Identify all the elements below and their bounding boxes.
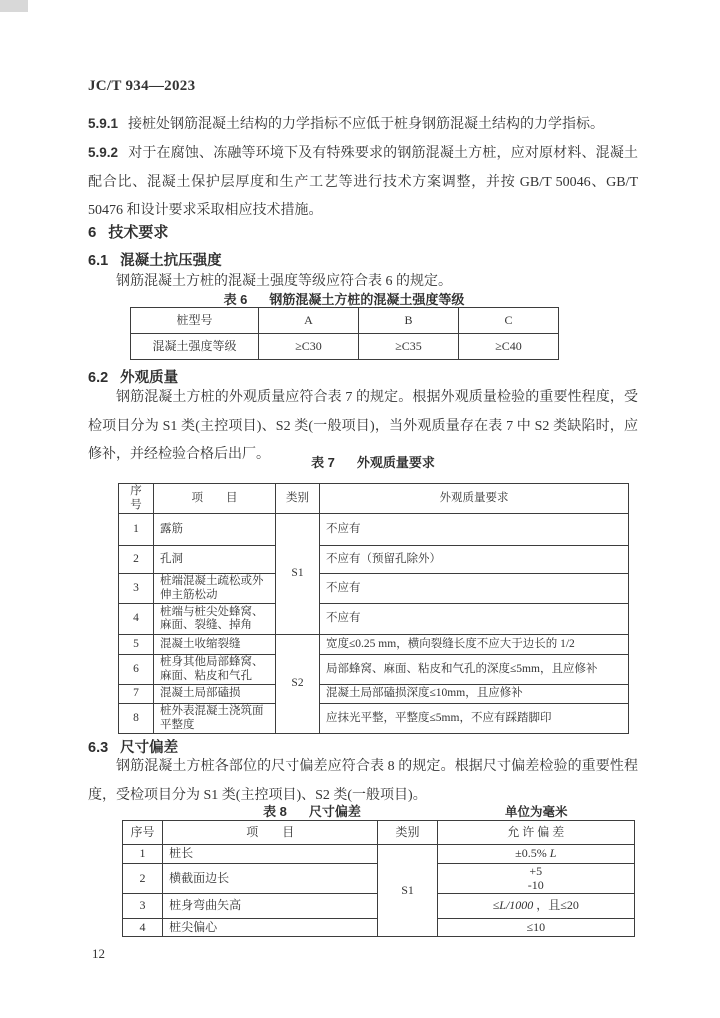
- deviation-cell: ≤L/1000 ，且≤20: [437, 894, 634, 919]
- clause-5-9-1: 5.9.1接桩处钢筋混凝土结构的力学指标不应低于桩身钢筋混凝土结构的力学指标。: [88, 110, 638, 140]
- table8: 序号 项 目 类别 允 许 偏 差 1 桩长 S1 ±0.5% L 2 横截面边…: [122, 820, 635, 937]
- clause-text: 对于在腐蚀、冻融等环境下及有特殊要求的钢筋混凝土方桩，应对原材料、混凝土配合比、…: [88, 146, 638, 218]
- deviation-text: ±0.5%: [515, 846, 550, 860]
- section-number: 6.1: [88, 253, 108, 269]
- requirement-cell: 不应有: [320, 514, 629, 546]
- item-cell: 孔洞: [154, 546, 276, 574]
- deviation-symbol: L/1000: [499, 898, 533, 912]
- item-cell: 混凝土局部磕损: [154, 685, 276, 704]
- table-row: 2 孔洞 不应有（预留孔除外）: [119, 546, 629, 574]
- table6-caption-label: 表 6: [224, 289, 248, 308]
- category-s2-cell: S2: [276, 635, 320, 734]
- deviation-cell: ±0.5% L: [437, 845, 634, 864]
- table8-unit-note: 单位为毫米: [505, 802, 568, 820]
- deviation-symbol: L: [550, 846, 557, 860]
- row-number: 1: [123, 845, 163, 864]
- table-row: 8 桩外表混凝土浇筑面平整度 应抹光平整，平整度≤5mm，不应有踩踏脚印: [119, 704, 629, 734]
- clause-5-9-2: 5.9.2对于在腐蚀、冻融等环境下及有特殊要求的钢筋混凝土方桩，应对原材料、混凝…: [88, 139, 638, 226]
- table7-caption-label: 表 7: [311, 452, 335, 471]
- item-cell: 横截面边长: [163, 864, 378, 894]
- item-cell: 桩长: [163, 845, 378, 864]
- table6-value: ≥C35: [359, 334, 459, 360]
- table8-header-cell: 类别: [378, 821, 437, 845]
- page-number: 12: [92, 946, 105, 962]
- table6-value: ≥C40: [459, 334, 559, 360]
- table-row: 1 桩长 S1 ±0.5% L: [123, 845, 635, 864]
- row-number: 2: [119, 546, 154, 574]
- document-standard-number: JC/T 934—2023: [88, 78, 195, 95]
- item-cell: 露筋: [154, 514, 276, 546]
- requirement-cell: 局部蜂窝、麻面、粘皮和气孔的深度≤5mm，且应修补: [320, 655, 629, 685]
- clause-number: 5.9.1: [88, 116, 118, 131]
- table6-caption: 表 6 钢筋混凝土方桩的混凝土强度等级: [130, 289, 558, 308]
- table8-header-cell: 序号: [123, 821, 163, 845]
- table8-caption-label: 表 8: [263, 801, 287, 820]
- item-cell: 桩外表混凝土浇筑面平整度: [154, 704, 276, 734]
- section-6-heading: 6技术要求: [88, 221, 168, 242]
- table-row: 4 桩端与桩尖处蜂窝、麻面、裂缝、掉角 不应有: [119, 604, 629, 635]
- table7-header-row: 序号 项 目 类别 外观质量要求: [119, 484, 629, 514]
- table7-header-cell: 外观质量要求: [320, 484, 629, 514]
- row-number: 7: [119, 685, 154, 704]
- deviation-cell: ≤10: [437, 919, 634, 937]
- deviation-text: ，且≤20: [533, 898, 579, 912]
- table6-caption-title: 钢筋混凝土方桩的混凝土强度等级: [269, 289, 464, 308]
- table6-header-cell: 桩型号: [131, 308, 259, 334]
- item-cell: 桩尖偏心: [163, 919, 378, 937]
- table7: 序号 项 目 类别 外观质量要求 1 露筋 S1 不应有 2 孔洞 不应有（预留…: [118, 483, 629, 734]
- requirement-cell: 不应有: [320, 574, 629, 604]
- table-row: 5 混凝土收缩裂缝 S2 宽度≤0.25 mm，横向裂缝长度不应大于边长的 1/…: [119, 635, 629, 655]
- item-cell: 桩身其他局部蜂窝、麻面、粘皮和气孔: [154, 655, 276, 685]
- table7-header-cell: 序号: [119, 484, 154, 514]
- row-number: 4: [123, 919, 163, 937]
- row-number: 1: [119, 514, 154, 546]
- table7-header-cell: 项 目: [154, 484, 276, 514]
- section-title: 混凝土抗压强度: [120, 253, 222, 269]
- table-row: 1 露筋 S1 不应有: [119, 514, 629, 546]
- table6-header-row: 桩型号 A B C: [131, 308, 559, 334]
- item-cell: 桩身弯曲矢高: [163, 894, 378, 919]
- row-number: 4: [119, 604, 154, 635]
- row-number: 2: [123, 864, 163, 894]
- scan-artifact: [0, 0, 28, 12]
- section-title: 技术要求: [108, 224, 168, 241]
- table6-data-row: 混凝土强度等级 ≥C30 ≥C35 ≥C40: [131, 334, 559, 360]
- item-cell: 桩端混凝土疏松或外伸主筋松动: [154, 574, 276, 604]
- table6-header-cell: B: [359, 308, 459, 334]
- table8-header-cell: 允 许 偏 差: [437, 821, 634, 845]
- row-number: 3: [123, 894, 163, 919]
- table8-caption: 表 8 尺寸偏差: [122, 801, 502, 820]
- table6-row-label: 混凝土强度等级: [131, 334, 259, 360]
- table-row: 3 桩端混凝土疏松或外伸主筋松动 不应有: [119, 574, 629, 604]
- table8-header-row: 序号 项 目 类别 允 许 偏 差: [123, 821, 635, 845]
- table-row: 7 混凝土局部磕损 混凝土局部磕损深度≤10mm，且应修补: [119, 685, 629, 704]
- deviation-cell: +5-10: [437, 864, 634, 894]
- category-s1-cell: S1: [378, 845, 437, 937]
- item-cell: 混凝土收缩裂缝: [154, 635, 276, 655]
- clause-text: 接桩处钢筋混凝土结构的力学指标不应低于桩身钢筋混凝土结构的力学指标。: [128, 117, 604, 132]
- row-number: 6: [119, 655, 154, 685]
- item-cell: 桩端与桩尖处蜂窝、麻面、裂缝、掉角: [154, 604, 276, 635]
- row-number: 3: [119, 574, 154, 604]
- requirement-cell: 混凝土局部磕损深度≤10mm，且应修补: [320, 685, 629, 704]
- table6-header-cell: A: [259, 308, 359, 334]
- requirement-cell: 宽度≤0.25 mm，横向裂缝长度不应大于边长的 1/2: [320, 635, 629, 655]
- table7-header-cell: 类别: [276, 484, 320, 514]
- deviation-upper: +5: [444, 865, 628, 879]
- section-number: 6: [88, 224, 96, 241]
- requirement-cell: 不应有（预留孔除外）: [320, 546, 629, 574]
- table-row: 6 桩身其他局部蜂窝、麻面、粘皮和气孔 局部蜂窝、麻面、粘皮和气孔的深度≤5mm…: [119, 655, 629, 685]
- requirement-cell: 不应有: [320, 604, 629, 635]
- table8-caption-title: 尺寸偏差: [309, 801, 361, 820]
- table7-caption: 表 7 外观质量要求: [118, 452, 628, 471]
- category-s1-cell: S1: [276, 514, 320, 635]
- table8-header-cell: 项 目: [163, 821, 378, 845]
- row-number: 8: [119, 704, 154, 734]
- row-number: 5: [119, 635, 154, 655]
- deviation-lower: -10: [444, 879, 628, 893]
- section-6-1-heading: 6.1混凝土抗压强度: [88, 249, 222, 270]
- table7-caption-title: 外观质量要求: [357, 452, 435, 471]
- requirement-cell: 应抹光平整，平整度≤5mm，不应有踩踏脚印: [320, 704, 629, 734]
- clause-number: 5.9.2: [88, 145, 118, 160]
- table6-header-cell: C: [459, 308, 559, 334]
- table6-value: ≥C30: [259, 334, 359, 360]
- table6: 桩型号 A B C 混凝土强度等级 ≥C30 ≥C35 ≥C40: [130, 307, 559, 360]
